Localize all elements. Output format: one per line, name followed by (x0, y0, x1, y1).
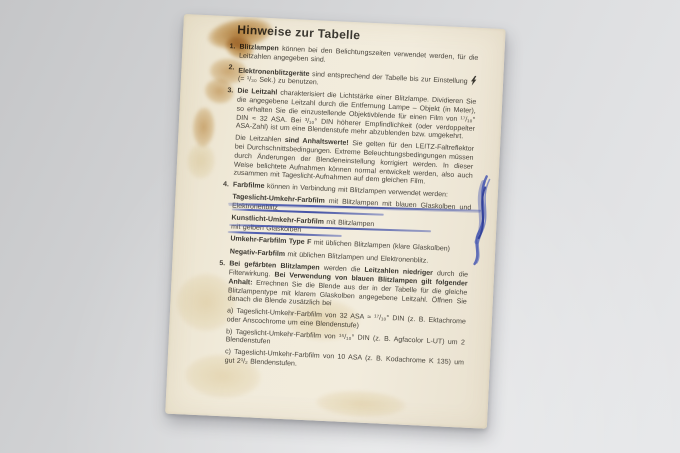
item-number: 2. (228, 64, 238, 73)
document-content: Hinweise zur Tabelle 1.Blitzlampen könne… (165, 14, 505, 429)
item-number: 3. (227, 87, 237, 96)
item-5: 5.Bei gefärbten Blitzlampen werden die L… (227, 261, 468, 316)
item-3: 3.Die Leitzahl charakterisiert die Licht… (236, 88, 477, 143)
item-number: 5. (219, 260, 229, 269)
note-leitzahlen: Die Leitzahlen sind Anhaltswerte! Sie ge… (233, 135, 474, 190)
flash-icon (470, 75, 477, 85)
document-body: 1.Blitzlampen können bei den Belichtungs… (224, 44, 478, 378)
paper-document: Hinweise zur Tabelle 1.Blitzlampen könne… (165, 14, 505, 429)
item-number: 4. (223, 181, 233, 190)
item-number: 1. (229, 43, 239, 52)
